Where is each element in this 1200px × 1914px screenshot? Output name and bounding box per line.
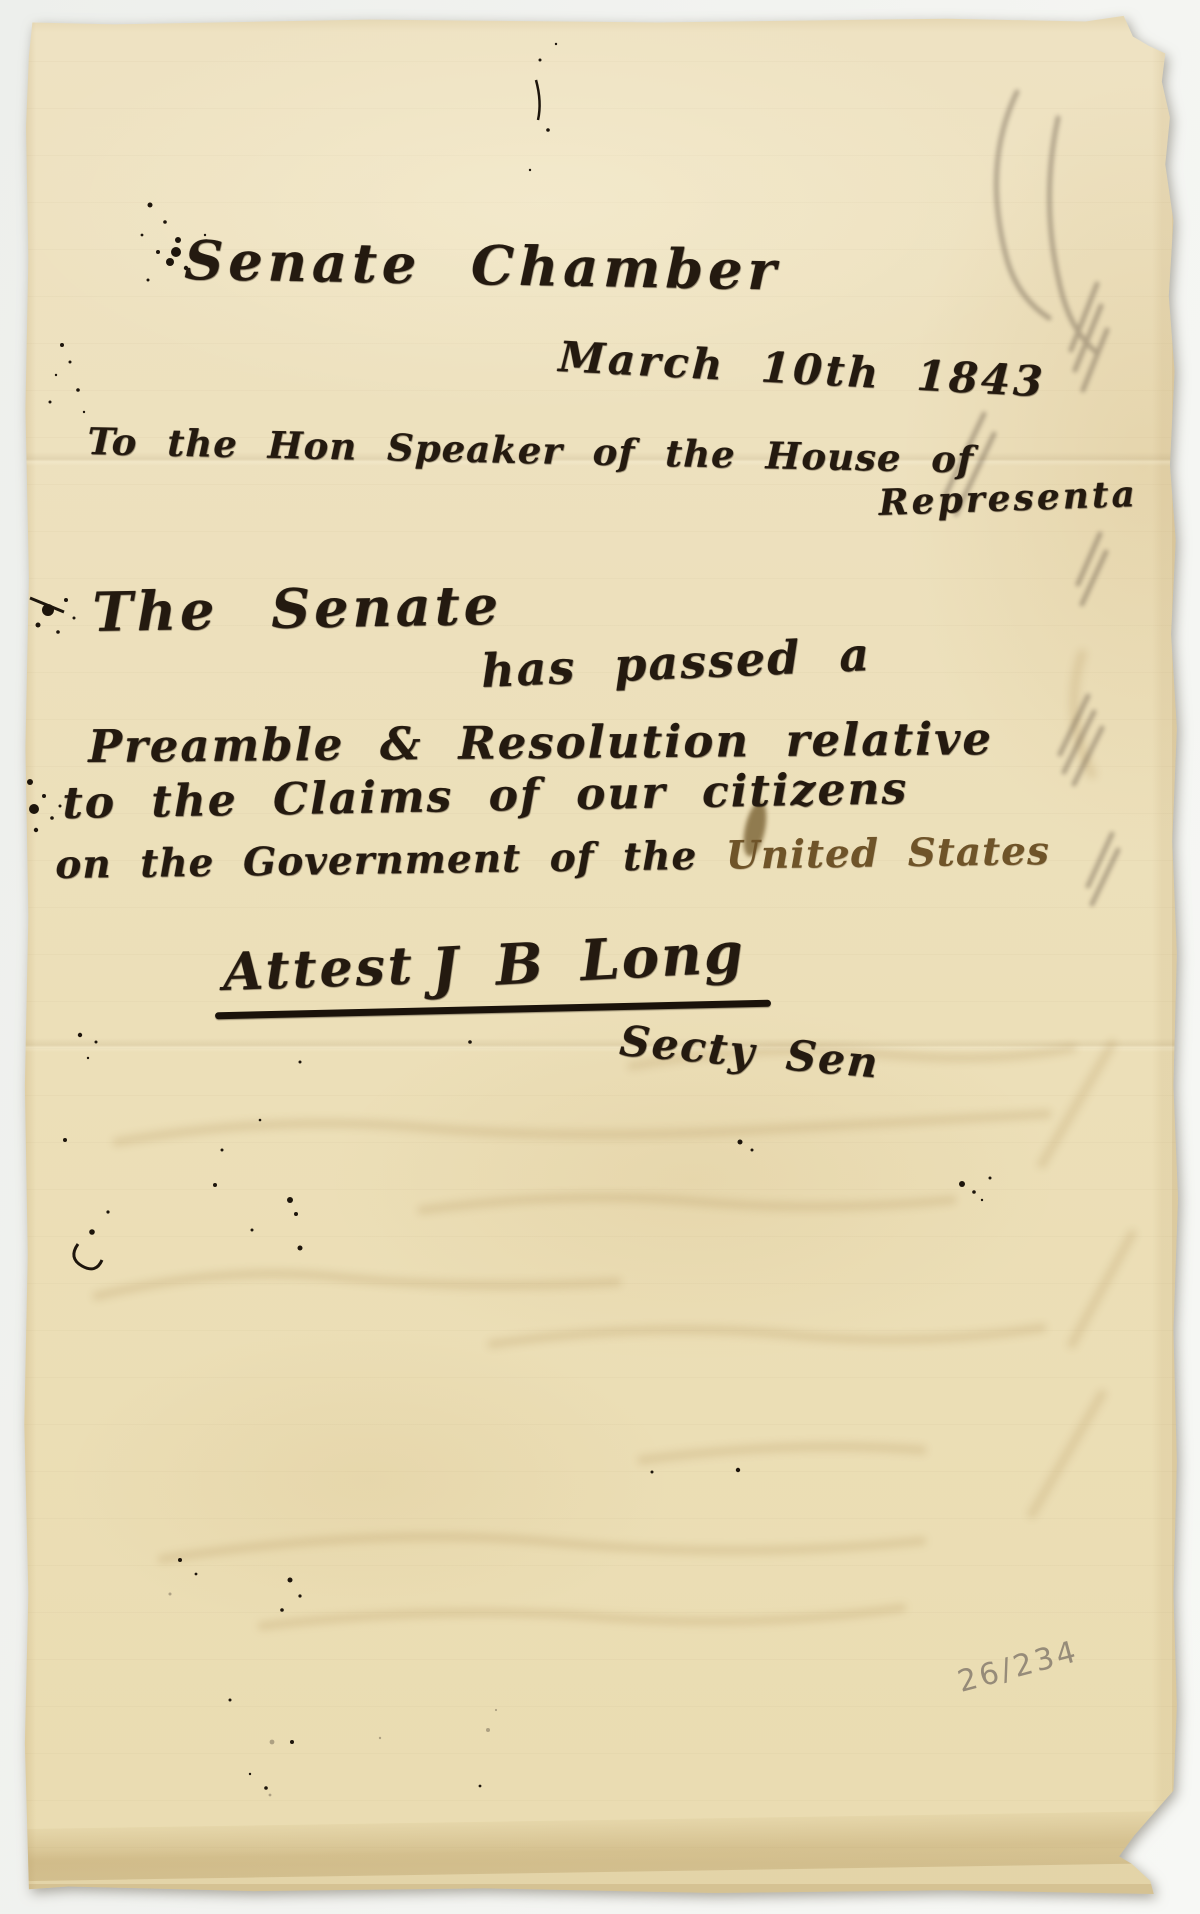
attest-label: Attest bbox=[222, 935, 416, 1003]
paper-shadow: Senate Chamber March 10th 1843 To the Ho… bbox=[0, 0, 1200, 1914]
document-paper: Senate Chamber March 10th 1843 To the Ho… bbox=[22, 14, 1178, 1894]
body-line-1: The Senate bbox=[92, 573, 503, 644]
heading-line: Senate Chamber bbox=[184, 228, 782, 302]
body-line-5b: United States bbox=[725, 828, 1050, 879]
ink-spatter bbox=[22, 43, 992, 1790]
body-line-5a: on the Government of the bbox=[55, 833, 698, 888]
scan-background: Senate Chamber March 10th 1843 To the Ho… bbox=[0, 0, 1200, 1914]
